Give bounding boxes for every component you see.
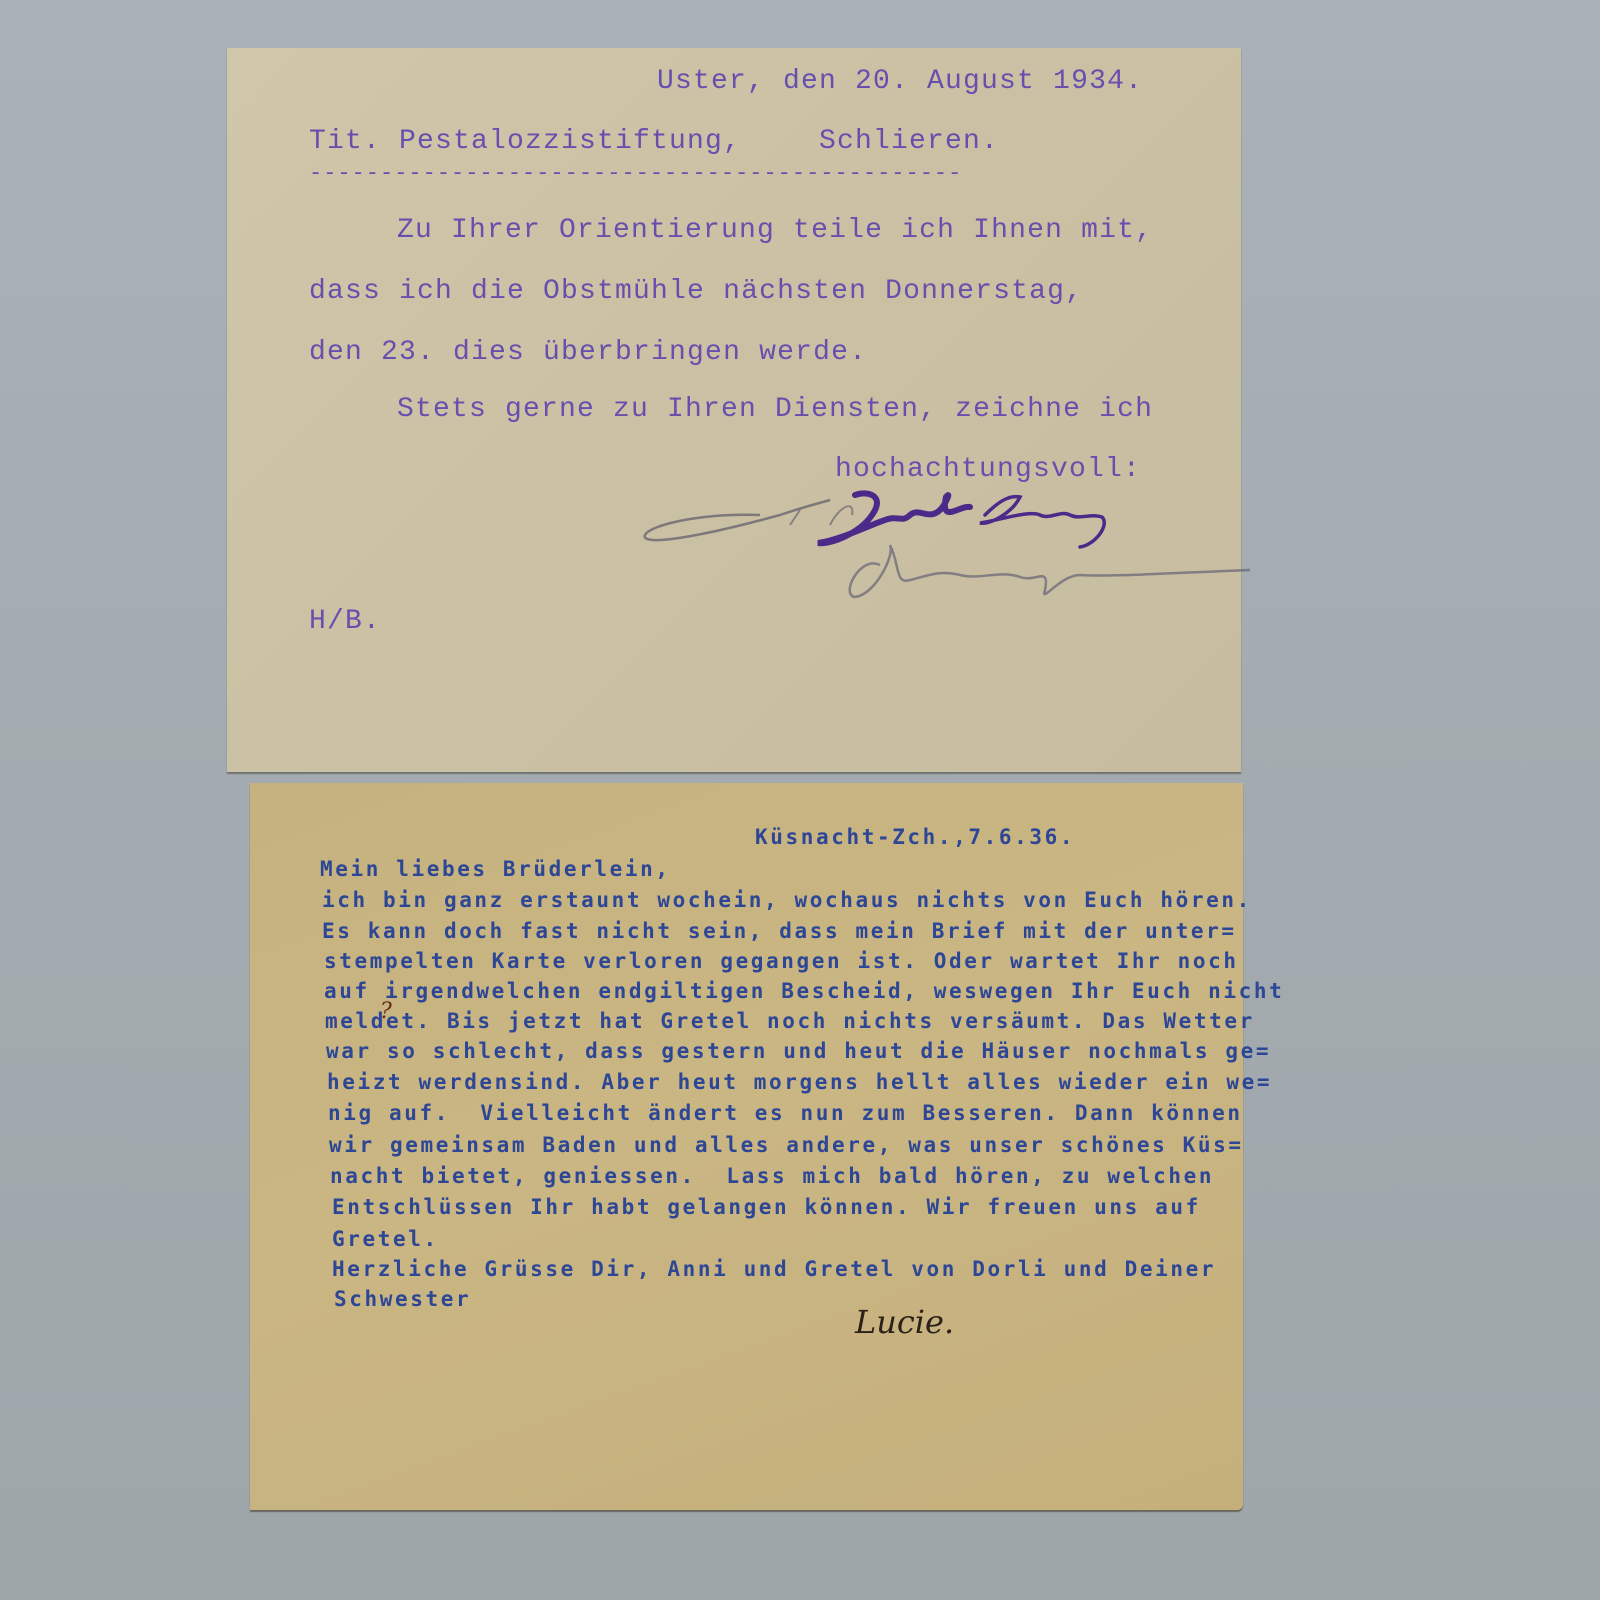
body-line-5: meldet. Bis jetzt hat Gretel noch nichts… <box>325 1009 1255 1033</box>
letter-date: Küsnacht-Zch.,7.6.36. <box>755 825 1075 849</box>
body-line-4: auf irgendwelchen endgiltigen Bescheid, … <box>324 979 1284 1003</box>
signature-jakob-ruegg <box>640 485 1250 605</box>
body-line-14: Schwester <box>334 1287 471 1311</box>
body-line-13: Herzliche Grüsse Dir, Anni und Gretel vo… <box>332 1257 1216 1281</box>
letter-date: Uster, den 20. August 1934. <box>657 66 1143 97</box>
postcard-1936: Küsnacht-Zch.,7.6.36. Mein liebes Brüder… <box>250 783 1243 1510</box>
body-line-11: Entschlüssen Ihr habt gelangen können. W… <box>332 1195 1201 1219</box>
body-line-2: Es kann doch fast nicht sein, dass mein … <box>322 919 1237 943</box>
body-line-6: war so schlecht, dass gestern und heut d… <box>326 1039 1271 1063</box>
addressee: Tit. Pestalozzistiftung, <box>309 126 741 157</box>
body-line-10: nacht bietet, geniessen. Lass mich bald … <box>330 1164 1214 1188</box>
body-line-3: den 23. dies überbringen werde. <box>309 337 867 368</box>
body-line-7: heizt werdensind. Aber heut morgens hell… <box>327 1070 1272 1094</box>
signature-lucie: Lucie. <box>855 1303 954 1341</box>
closing: hochachtungsvoll: <box>835 454 1141 485</box>
body-line-4: Stets gerne zu Ihren Diensten, zeichne i… <box>397 394 1153 425</box>
body-line-3: stempelten Karte verloren gegangen ist. … <box>324 949 1239 973</box>
handwritten-question-mark: ? <box>380 999 392 1024</box>
initials: H/B. <box>309 606 381 637</box>
addressee-place: Schlieren. <box>819 126 999 157</box>
body-line-1: ich bin ganz erstaunt wochein, wochaus n… <box>322 888 1252 912</box>
salutation: Mein liebes Brüderlein, <box>320 857 671 881</box>
postcard-1934: Uster, den 20. August 1934. Tit. Pestalo… <box>227 48 1241 772</box>
body-line-12: Gretel. <box>332 1227 439 1251</box>
divider-line: ----------------------------------------… <box>309 161 962 186</box>
body-line-2: dass ich die Obstmühle nächsten Donnerst… <box>309 276 1083 307</box>
body-line-9: wir gemeinsam Baden und alles andere, wa… <box>329 1133 1244 1157</box>
body-line-8: nig auf. Vielleicht ändert es nun zum Be… <box>328 1101 1243 1125</box>
body-line-1: Zu Ihrer Orientierung teile ich Ihnen mi… <box>397 215 1153 246</box>
